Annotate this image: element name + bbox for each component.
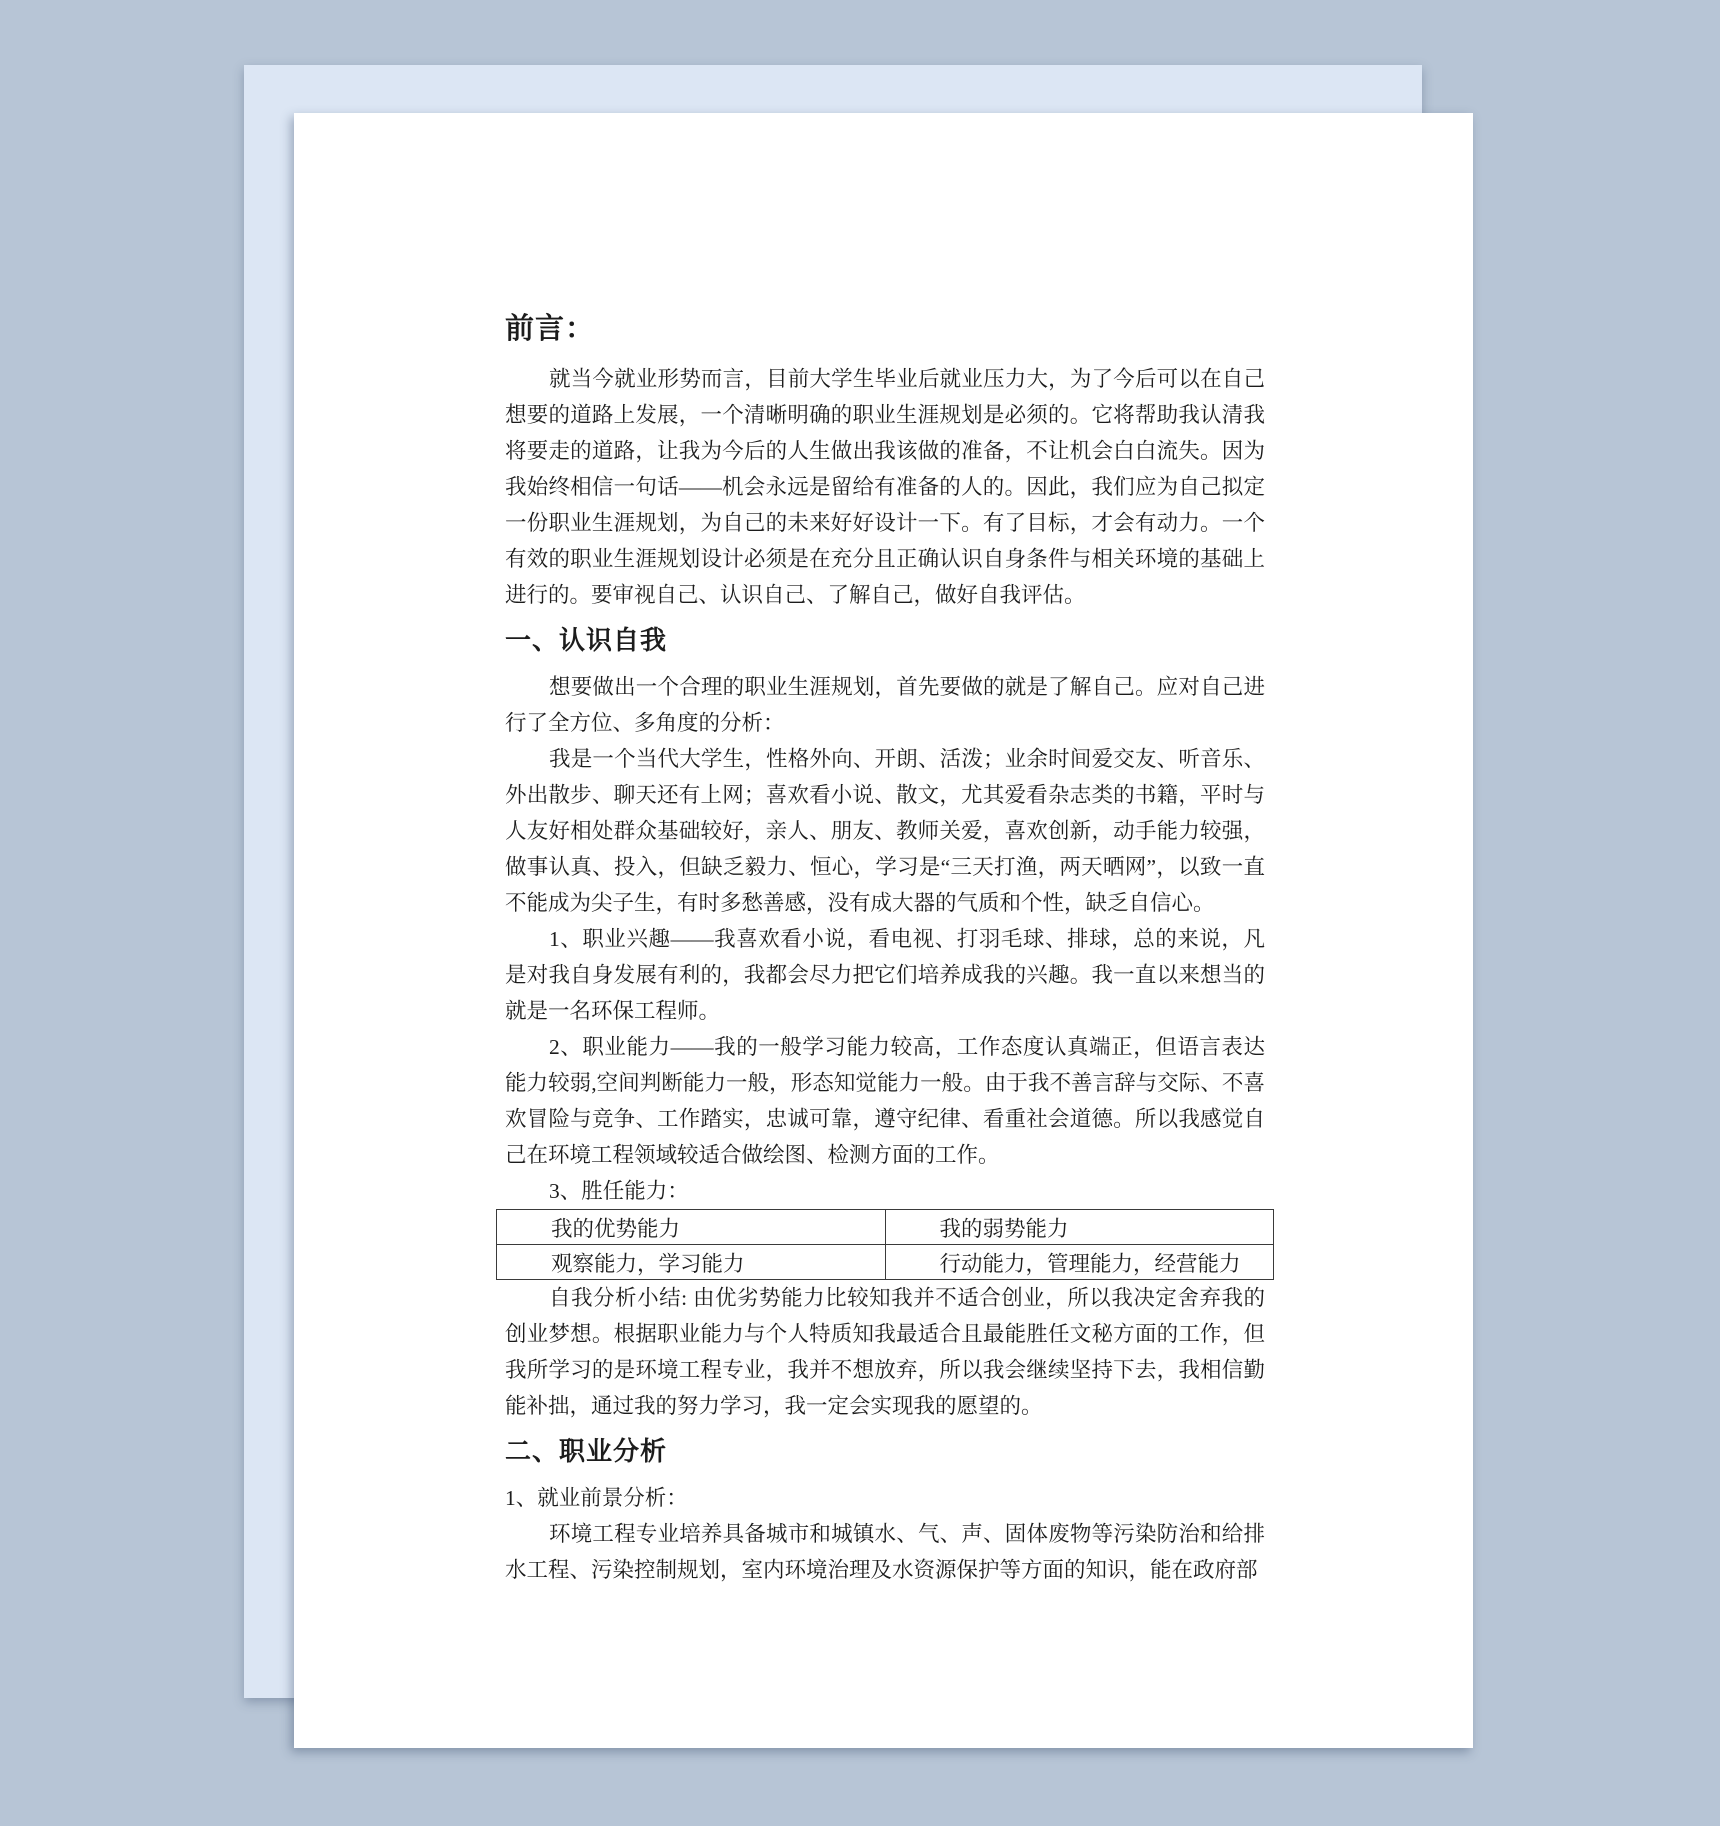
table-cell-strength-value: 观察能力，学习能力	[497, 1245, 886, 1280]
prospect-paragraph: 环境工程专业培养具备城市和城镇水、气、声、固体废物等污染防治和给排水工程、污染控…	[505, 1516, 1265, 1588]
summary-paragraph: 自我分析小结: 由优劣势能力比较知我并不适合创业，所以我决定舍弃我的创业梦想。根…	[505, 1280, 1265, 1424]
competence-label: 3、胜任能力：	[505, 1173, 1265, 1209]
section2-heading: 二、职业分析	[505, 1432, 1265, 1472]
document-content: 前言： 就当今就业形势而言，目前大学生毕业后就业压力大，为了今后可以在自己想要的…	[505, 309, 1265, 1588]
preface-paragraph: 就当今就业形势而言，目前大学生毕业后就业压力大，为了今后可以在自己想要的道路上发…	[505, 361, 1265, 613]
preface-heading: 前言：	[505, 309, 1265, 349]
ability-paragraph: 2、职业能力——我的一般学习能力较高，工作态度认真端正，但语言表达能力较弱,空间…	[505, 1029, 1265, 1173]
self-intro-paragraph: 想要做出一个合理的职业生涯规划，首先要做的就是了解自己。应对自己进行了全方位、多…	[505, 669, 1265, 741]
table-cell-weakness-value: 行动能力，管理能力，经营能力	[885, 1245, 1274, 1280]
document-page: 前言： 就当今就业形势而言，目前大学生毕业后就业压力大，为了今后可以在自己想要的…	[294, 113, 1473, 1748]
table-header-row: 我的优势能力 我的弱势能力	[497, 1210, 1274, 1245]
ability-table: 我的优势能力 我的弱势能力 观察能力，学习能力 行动能力，管理能力，经营能力	[496, 1209, 1274, 1280]
table-row: 观察能力，学习能力 行动能力，管理能力，经营能力	[497, 1245, 1274, 1280]
section1-heading: 一、认识自我	[505, 621, 1265, 661]
prospect-label: 1、就业前景分析：	[505, 1480, 1265, 1516]
desktop-background: 前言： 就当今就业形势而言，目前大学生毕业后就业压力大，为了今后可以在自己想要的…	[0, 0, 1720, 1826]
table-header-cell-weakness: 我的弱势能力	[885, 1210, 1274, 1245]
personality-paragraph: 我是一个当代大学生，性格外向、开朗、活泼；业余时间爱交友、听音乐、外出散步、聊天…	[505, 741, 1265, 921]
table-header-cell-strength: 我的优势能力	[497, 1210, 886, 1245]
interest-paragraph: 1、职业兴趣——我喜欢看小说，看电视、打羽毛球、排球，总的来说，凡是对我自身发展…	[505, 921, 1265, 1029]
